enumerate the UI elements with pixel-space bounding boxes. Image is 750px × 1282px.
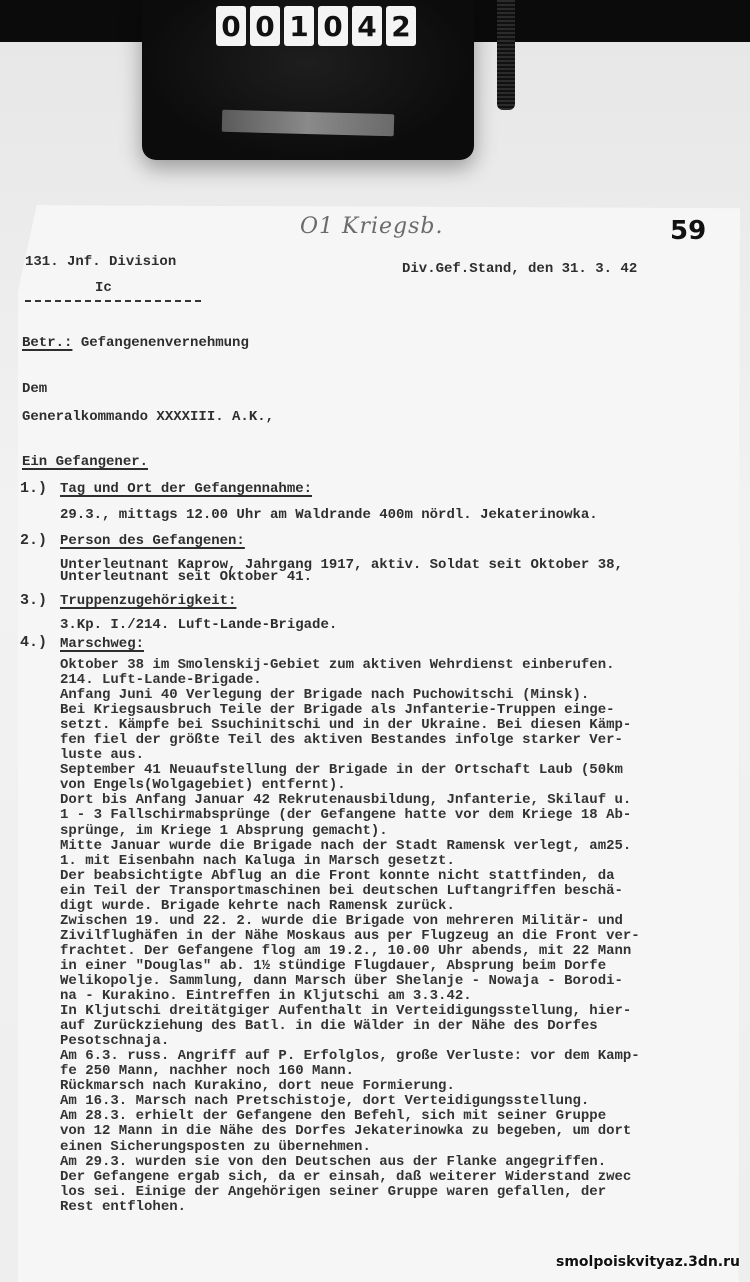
item-number: 3.): [20, 592, 47, 609]
march-route-line: Am 6.3. russ. Angriff auf P. Erfolglos, …: [60, 1049, 740, 1064]
march-route-line: von Engels(Wolgagebiet) entfernt).: [60, 778, 740, 793]
march-route-line: Oktober 38 im Smolenskij-Gebiet zum akti…: [60, 658, 740, 673]
march-route-line: Zivilflughäfen in der Nähe Moskaus aus p…: [60, 929, 740, 944]
march-route-line: ein Teil der Transportmaschinen bei deut…: [60, 884, 740, 899]
item-text: 29.3., mittags 12.00 Uhr am Waldrande 40…: [60, 508, 598, 523]
item-text: Unterleutnant seit Oktober 41.: [60, 570, 312, 585]
counter-digit: 2: [386, 6, 416, 46]
counter-digit: 1: [284, 6, 314, 46]
march-route-line: digt wurde. Brigade kehrte nach Ramensk …: [60, 899, 740, 914]
header-divider: [25, 300, 201, 302]
march-route-line: in einer "Douglas" ab. 1½ stündige Flugd…: [60, 959, 740, 974]
header-unit: 131. Jnf. Division: [25, 255, 176, 270]
march-route-text: Oktober 38 im Smolenskij-Gebiet zum akti…: [60, 658, 740, 1215]
march-route-line: fen fiel der größte Teil des aktiven Bes…: [60, 733, 740, 748]
march-route-line: los sei. Einige der Angehörigen seiner G…: [60, 1185, 740, 1200]
subject-text: Gefangenenvernehmung: [81, 335, 249, 351]
march-route-line: Der beabsichtigte Abflug an die Front ko…: [60, 869, 740, 884]
subject-label: Betr.:: [22, 335, 72, 351]
page-number: 59: [670, 216, 706, 246]
march-route-line: na - Kurakino. Eintreffen in Kljutschi a…: [60, 989, 740, 1004]
item-number: 4.): [20, 634, 47, 651]
march-route-line: Am 29.3. wurden sie von den Deutschen au…: [60, 1155, 740, 1170]
item-heading: Person des Gefangenen:: [60, 534, 245, 549]
march-route-line: fe 250 Mann, nachher noch 160 Mann.: [60, 1064, 740, 1079]
march-route-line: frachtet. Der Gefangene flog am 19.2., 1…: [60, 944, 740, 959]
march-route-line: Welikopolje. Sammlung, dann Marsch über …: [60, 974, 740, 989]
march-route-line: luste aus.: [60, 748, 740, 763]
march-route-line: Rückmarsch nach Kurakino, dort neue Form…: [60, 1079, 740, 1094]
march-route-line: Anfang Juni 40 Verlegung der Brigade nac…: [60, 688, 740, 703]
march-route-line: Der Gefangene ergab sich, da er einsah, …: [60, 1170, 740, 1185]
watermark: smolpoiskvityaz.3dn.ru: [556, 1254, 740, 1270]
march-route-line: sprünge, im Kriege 1 Absprung gemacht).: [60, 824, 740, 839]
march-route-line: 214. Luft-Lande-Brigade.: [60, 673, 740, 688]
counter-label-plate: [222, 110, 395, 136]
march-route-line: September 41 Neuaufstellung der Brigade …: [60, 763, 740, 778]
march-route-line: 1. mit Eisenbahn nach Kaluga in Marsch g…: [60, 854, 740, 869]
recipient-line-1: Dem: [22, 382, 47, 397]
item-number: 2.): [20, 532, 47, 549]
subject-line: Betr.: Gefangenenvernehmung: [22, 336, 249, 351]
item-number: 1.): [20, 480, 47, 497]
march-route-line: 1 - 3 Fallschirmabsprünge (der Gefangene…: [60, 808, 740, 823]
march-route-line: Rest entflohen.: [60, 1200, 740, 1215]
item-text: 3.Kp. I./214. Luft-Lande-Brigade.: [60, 618, 337, 633]
counter-digit: 4: [352, 6, 382, 46]
counter-digit: 0: [216, 6, 246, 46]
header-place-date: Div.Gef.Stand, den 31. 3. 42: [402, 262, 637, 277]
march-route-line: einen Sicherungsposten zu übernehmen.: [60, 1140, 740, 1155]
march-route-line: In Kljutschi dreitätgiger Aufenthalt in …: [60, 1004, 740, 1019]
handwritten-note: O1 Kriegsb.: [300, 214, 443, 239]
march-route-line: Am 16.3. Marsch nach Pretschistoje, dort…: [60, 1094, 740, 1109]
counter-digit: 0: [250, 6, 280, 46]
item-heading: Truppenzugehörigkeit:: [60, 594, 236, 609]
item-heading: Tag und Ort der Gefangennahme:: [60, 482, 312, 497]
march-route-line: auf Zurückziehung des Batl. in die Wälde…: [60, 1019, 740, 1034]
march-route-line: von 12 Mann in die Nähe des Dorfes Jekat…: [60, 1124, 740, 1139]
counter-digit: 0: [318, 6, 348, 46]
section-title: Ein Gefangener.: [22, 455, 148, 470]
counter-thumbwheel: [497, 0, 515, 110]
march-route-line: Am 28.3. erhielt der Gefangene den Befeh…: [60, 1109, 740, 1124]
march-route-line: setzt. Kämpfe bei Ssuchinitschi und in d…: [60, 718, 740, 733]
march-route-line: Dort bis Anfang Januar 42 Rekrutenausbil…: [60, 793, 740, 808]
recipient-line-2: Generalkommando XXXXIII. A.K.,: [22, 410, 274, 425]
march-route-line: Pesotschnaja.: [60, 1034, 740, 1049]
item-heading: Marschweg:: [60, 637, 144, 652]
counter-digits: 0 0 1 0 4 2: [216, 6, 416, 46]
march-route-line: Mitte Januar wurde die Brigade nach der …: [60, 839, 740, 854]
header-department: Ic: [95, 281, 112, 296]
march-route-line: Bei Kriegsausbruch Teile der Brigade als…: [60, 703, 740, 718]
march-route-line: Zwischen 19. und 22. 2. wurde die Brigad…: [60, 914, 740, 929]
